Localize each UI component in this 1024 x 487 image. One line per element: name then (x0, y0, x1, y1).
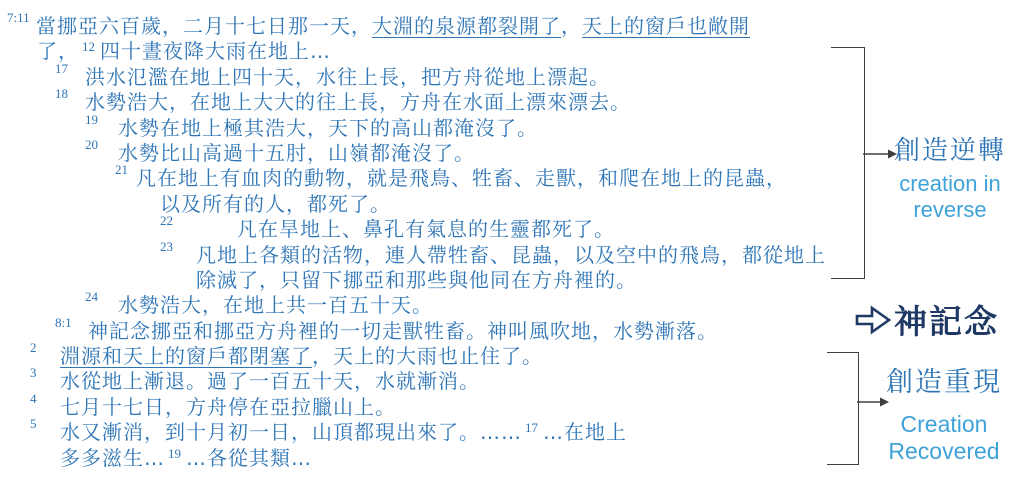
verse-number: 21 (115, 163, 128, 176)
scripture-segment: 當挪亞六百歲，二月十七日那一天， (36, 14, 372, 38)
verse-number: 18 (55, 87, 68, 100)
annotation-reverse-en-line1: creation in (880, 171, 1020, 197)
scripture-segment: 了， (37, 39, 79, 63)
annotation-creation-recovered: 創造重現 Creation Recovered (868, 360, 1020, 465)
scripture-line: 3水從地上漸退。過了一百五十天，水就漸消。 (0, 369, 830, 394)
scripture-line: 22凡在旱地上、鼻孔有氣息的生靈都死了。 (0, 217, 830, 242)
scripture-line: 5水又漸消，到十月初一日，山頂都現出來了。……17…在地上 (0, 420, 830, 445)
annotation-recovered-en-line2: Recovered (868, 438, 1020, 465)
scripture-segment: 神記念挪亞和挪亞方舟裡的一切走獸牲畜。神叫風吹地，水勢漸落。 (88, 319, 718, 343)
scripture-segment: 水勢浩大，在地上大大的往上長，方舟在水面上漂來漂去。 (85, 90, 631, 114)
scripture-line: 以及所有的人，都死了。 (0, 192, 830, 217)
scripture-line: 23凡地上各類的活物，連人帶牲畜、昆蟲，以及空中的飛鳥，都從地上 (0, 243, 830, 268)
scripture-line: 21凡在地上有血肉的動物，就是飛鳥、牲畜、走獸，和爬在地上的昆蟲， (0, 166, 830, 191)
annotation-creation-in-reverse: 創造逆轉 creation in reverse (880, 130, 1020, 223)
annotation-reverse-zh: 創造逆轉 (880, 130, 1020, 167)
inline-verse-number: 19 (168, 447, 181, 460)
annotation-recovered-zh: 創造重現 (868, 360, 1020, 399)
scripture-segment: ，天上的大雨也止住了。 (312, 344, 543, 368)
scripture-line: 8:1神記念挪亞和挪亞方舟裡的一切走獸牲畜。神叫風吹地，水勢漸落。 (0, 319, 830, 344)
scripture-segment: 水勢浩大，在地上共一百五十天。 (118, 293, 433, 317)
scripture-segment: 淵源和天上的窗戶都閉塞了 (60, 344, 312, 368)
scripture-segment: 洪水氾濫在地上四十天，水往上長，把方舟從地上漂起。 (85, 65, 610, 89)
scripture-segment: 凡在地上有血肉的動物，就是飛鳥、牲畜、走獸，和爬在地上的昆蟲， (136, 166, 787, 190)
annotation-god-remembered: 神記念 (854, 296, 999, 343)
verse-number: 23 (160, 240, 173, 253)
verse-number: 5 (30, 417, 37, 430)
scripture-segment: 除滅了，只留下挪亞和那些與他同在方舟裡的。 (196, 268, 637, 292)
verse-number: 4 (30, 392, 37, 405)
slide: 7:11當挪亞六百歲，二月十七日那一天，大淵的泉源都裂開了，天上的窗戶也敞開了，… (0, 0, 1024, 487)
verse-number: 7:11 (7, 11, 30, 24)
verse-number: 24 (85, 290, 98, 303)
verse-number: 22 (160, 214, 173, 227)
scripture-segment: 大淵的泉源都裂開了 (372, 14, 561, 38)
scripture-segment: 水勢在地上極其浩大，天下的高山都淹沒了。 (118, 116, 538, 140)
scripture-segment: ， (561, 14, 582, 38)
scripture-segment: …各從其類… (186, 446, 312, 470)
scripture-line: 了，12四十晝夜降大雨在地上… (0, 39, 830, 64)
scripture-segment: 四十晝夜降大雨在地上… (100, 39, 331, 63)
scripture-segment: 水又漸消，到十月初一日，山頂都現出來了。…… (60, 420, 522, 444)
scripture-line: 7:11當挪亞六百歲，二月十七日那一天，大淵的泉源都裂開了，天上的窗戶也敞開 (0, 14, 830, 39)
scripture-segment: 天上的窗戶也敞開 (582, 14, 750, 38)
scripture-line: 24水勢浩大，在地上共一百五十天。 (0, 293, 830, 318)
scripture-segment: 以及所有的人，都死了。 (160, 192, 391, 216)
verse-number: 20 (85, 138, 98, 151)
verse-number: 2 (30, 341, 37, 354)
annotation-recovered-en-line1: Creation (868, 411, 1020, 438)
verse-number: 3 (30, 366, 37, 379)
scripture-segment: 凡地上各類的活物，連人帶牲畜、昆蟲，以及空中的飛鳥，都從地上 (196, 243, 826, 267)
scripture-line: 4七月十七日，方舟停在亞拉臘山上。 (0, 395, 830, 420)
inline-verse-number: 12 (82, 40, 95, 53)
scripture-line: 17洪水氾濫在地上四十天，水往上長，把方舟從地上漂起。 (0, 65, 830, 90)
bracket-creation-in-reverse (831, 47, 865, 279)
scripture-segment: 多多滋生… (60, 446, 165, 470)
scripture-line: 19水勢在地上極其浩大，天下的高山都淹沒了。 (0, 116, 830, 141)
bracket-creation-recovered (827, 352, 859, 465)
scripture-segment: 凡在旱地上、鼻孔有氣息的生靈都死了。 (237, 217, 615, 241)
verse-number: 17 (55, 62, 68, 75)
scripture-line: 多多滋生…19…各從其類… (0, 446, 830, 471)
scripture-text-block: 7:11當挪亞六百歲，二月十七日那一天，大淵的泉源都裂開了，天上的窗戶也敞開了，… (0, 14, 830, 471)
verse-number: 8:1 (55, 316, 72, 329)
scripture-line: 18水勢浩大，在地上大大的往上長，方舟在水面上漂來漂去。 (0, 90, 830, 115)
scripture-segment: …在地上 (543, 420, 627, 444)
inline-verse-number: 17 (525, 421, 538, 434)
scripture-line: 除滅了，只留下挪亞和那些與他同在方舟裡的。 (0, 268, 830, 293)
scripture-segment: 水勢比山高過十五肘，山嶺都淹沒了。 (118, 141, 475, 165)
scripture-line: 2淵源和天上的窗戶都閉塞了，天上的大雨也止住了。 (0, 344, 830, 369)
verse-number: 19 (85, 113, 98, 126)
annotation-reverse-en-line2: reverse (880, 197, 1020, 223)
right-white-arrow-icon (854, 304, 892, 336)
scripture-segment: 七月十七日，方舟停在亞拉臘山上。 (60, 395, 396, 419)
annotation-remember-zh: 神記念 (894, 296, 999, 343)
scripture-segment: 水從地上漸退。過了一百五十天，水就漸消。 (60, 369, 480, 393)
